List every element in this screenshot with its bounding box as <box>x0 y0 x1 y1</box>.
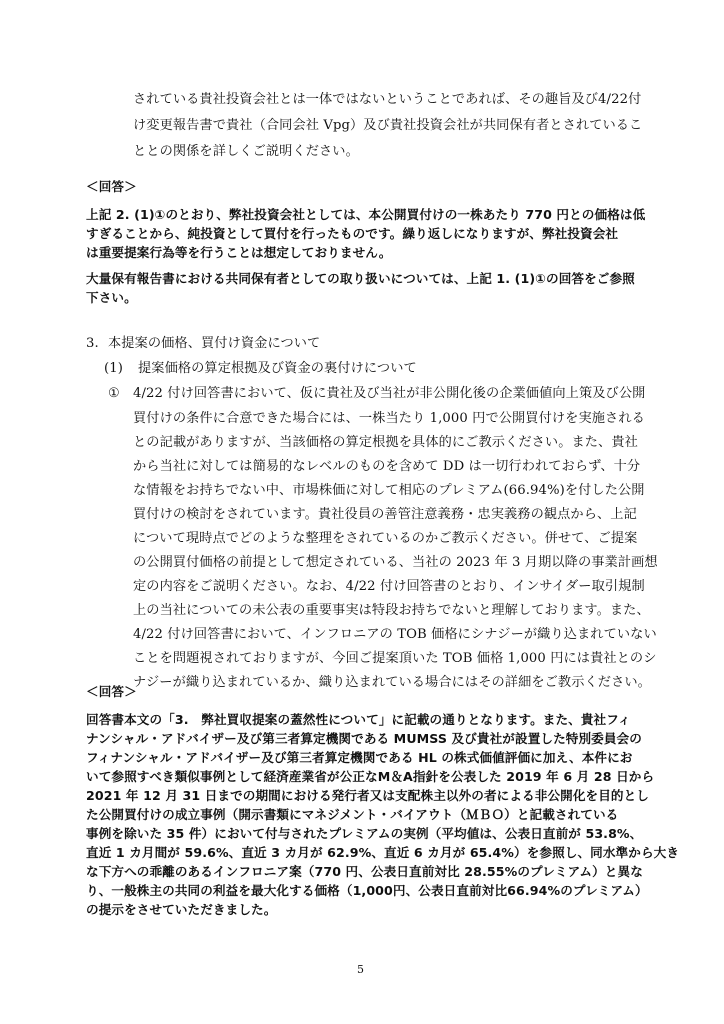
answer-text-line: り、一般株主の共同の利益を最大化する価格（1,000円、公表日直前対比66.94… <box>86 882 648 900</box>
item-text-line: ナジーが織り込まれているか、織り込まれている場合にはその詳細をご教示ください。 <box>133 674 651 692</box>
item-text-line: から当社に対しては簡易的なレベルのものを含めて DD は一切行われておらず、十分 <box>133 458 640 476</box>
item-text-line: 4/22 付け回答書において、仮に貴社及び当社が非公開化後の企業価値向上策及び公… <box>133 385 645 403</box>
item-text-line: ことを問題視されておりますが、今回ご提案頂いた TOB 価格 1,000 円には… <box>133 650 657 668</box>
question-text-line: されている貴社投資会社とは一体ではないということであれば、その趣旨及び4/22付 <box>133 91 641 109</box>
question-text-line: け変更報告書で貴社（合同会社 Vpg）及び貴社投資会社が共同保有者とされているこ <box>133 117 642 135</box>
section-title: 本提案の価格、買付け資金について <box>108 335 320 353</box>
answer-text-line: 事例を除いた 35 件）において付与されたプレミアムの実例（平均値は、公表日直前… <box>86 825 642 843</box>
section-number: 3. <box>86 335 99 353</box>
answer-text-line: 上記 2. (1)①のとおり、弊社投資会社としては、本公開買付けの一株あたり 7… <box>86 206 645 224</box>
answer-text-line: 回答書本文の「3. 弊社買収提案の蓋然性について」に記載の通りとなります。また、… <box>86 711 631 729</box>
answer-heading: ＜回答＞ <box>86 178 137 196</box>
answer-text-line: は重要提案行為等を行うことは想定しておりません。 <box>86 244 391 262</box>
answer-text-line: ナンシャル・アドバイザー及び第三者算定機関である MUMSS 及び貴社が設置した… <box>86 730 642 748</box>
item-text-line: 買付けの条件に合意できた場合には、一株当たり 1,000 円で公開買付けを実施さ… <box>133 410 645 428</box>
item-text-line: 4/22 付け回答書において、インフロニアの TOB 価格にシナジーが織り込まれ… <box>133 626 657 644</box>
subsection-title: 提案価格の算定根拠及び資金の裏付けについて <box>138 360 417 378</box>
subsection-number: (1) <box>104 360 123 378</box>
item-text-line: との記載がありますが、当該価格の算定根拠を具体的にご教示ください。また、貴社 <box>133 434 638 452</box>
item-text-line: 定の内容をご説明ください。なお、4/22 付け回答書のとおり、インサイダー取引規… <box>133 578 645 596</box>
document-page: されている貴社投資会社とは一体ではないということであれば、その趣旨及び4/22付… <box>0 0 724 1024</box>
item-text-line: 上の当社についての未公表の重要事実は特段お持ちでないと理解しております。また、 <box>133 602 650 620</box>
item-text-line: の公開買付価格の前提として想定されている、当社の 2023 年 3 月期以降の事… <box>133 554 658 572</box>
answer-text-line: 直近 1 カ月間が 59.6%、直近 3 カ月が 62.9%、直近 6 カ月が … <box>86 844 679 862</box>
answer-text-line: た公開買付けの成立事例（開示書類にマネジメント・バイアウト（ＭＢＯ）と記載されて… <box>86 806 618 824</box>
answer-text-line: いて参照すべき類似事例として経済産業省が公正なM＆A指針を公表した 2019 年… <box>86 768 654 786</box>
answer-text-line: すぎることから、純投資として買付を行ったものです。繰り返しになりますが、弊社投資… <box>86 225 618 243</box>
answer-text-line: な下方への乖離のあるインフロニア案（770 円、公表日直前対比 28.55%のプ… <box>86 863 643 881</box>
item-text-line: 買付けの検討をされています。貴社役員の善管注意義務・忠実義務の観点から、上記 <box>133 506 637 524</box>
page-number: 5 <box>357 963 364 976</box>
answer-text-line: の提示をさせていただきました。 <box>86 901 276 919</box>
answer-text-line: フィナンシャル・アドバイザー及び第三者算定機関である HL の株式価値評価に加え… <box>86 749 632 767</box>
question-text-line: ととの関係を詳しくご説明ください。 <box>133 143 359 161</box>
item-text-line: な情報をお持ちでない中、市場株価に対して相応のプレミアム(66.94%)を付した… <box>133 482 645 500</box>
answer-text-line: 大量保有報告書における共同保有者としての取り扱いについては、上記 1. (1)①… <box>86 270 635 288</box>
answer-text-line: 下さい。 <box>86 289 137 307</box>
item-marker: ① <box>108 385 120 403</box>
answer-text-line: 2021 年 12 月 31 日までの期間における発行者又は支配株主以外の者によ… <box>86 787 649 805</box>
item-text-line: について現時点でどのような整理をされているのかご教示ください。併せて、ご提案 <box>133 530 637 548</box>
answer-heading: ＜回答＞ <box>86 683 137 701</box>
